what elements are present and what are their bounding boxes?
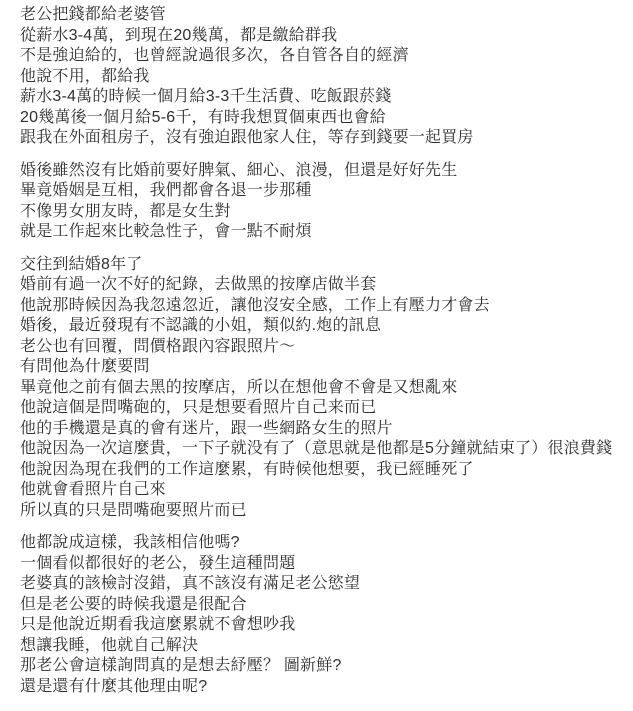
text-line: 老公把錢都給老婆管 bbox=[20, 5, 615, 26]
text-line: 他說這個是問嘴砲的，只是想要看照片自己来而已 bbox=[20, 398, 615, 419]
text-line: 跟我在外面租房子，沒有強迫跟他家人住，等存到錢要一起買房 bbox=[20, 128, 615, 149]
text-line: 有問他為什麼要問 bbox=[20, 357, 615, 378]
text-line: 他說因為現在我們的工作這麼累，有時候他想要，我已經睡死了 bbox=[20, 460, 615, 481]
text-line: 交往到結婚8年了 bbox=[20, 255, 615, 276]
text-line: 所以真的只是問嘴砲要照片而已 bbox=[20, 501, 615, 522]
text-line: 不像男女朋友時，都是女生對 bbox=[20, 202, 615, 223]
text-line: 婚前有過一次不好的紀錄，去做黑的按摩店做半套 bbox=[20, 275, 615, 296]
text-line: 老公也有回覆，問價格跟內容跟照片～ bbox=[20, 337, 615, 358]
text-line: 老婆真的該檢討沒錯，真不該沒有滿足老公慾望 bbox=[20, 574, 615, 595]
paragraph-incident: 交往到結婚8年了 婚前有過一次不好的紀錄，去做黑的按摩店做半套 他說那時候因為我… bbox=[20, 255, 615, 522]
paragraph-questions: 他都說成這樣，我該相信他嗎? 一個看似都很好的老公，發生這種問題 老婆真的該檢討… bbox=[20, 533, 615, 697]
text-line: 不是強迫給的，也曾經說過很多次，各自管各自的經濟 bbox=[20, 46, 615, 67]
text-line: 他的手機還是真的會有迷片，跟一些網路女生的照片 bbox=[20, 419, 615, 440]
paragraph-marriage: 婚後雖然沒有比婚前要好脾氣、細心、浪漫，但還是好好先生 畢竟婚姻是互相，我們都會… bbox=[20, 161, 615, 243]
text-line: 那老公會這樣詢問真的是想去紓壓？ 圖新鮮? bbox=[20, 656, 615, 677]
text-line: 他就會看照片自己來 bbox=[20, 480, 615, 501]
paragraph-finances: 老公把錢都給老婆管 從薪水3-4萬，到現在20幾萬，都是繳給群我 不是強迫給的，… bbox=[20, 5, 615, 149]
text-line: 但是老公要的時候我還是很配合 bbox=[20, 595, 615, 616]
text-line: 就是工作起來比較急性子，會一點不耐煩 bbox=[20, 222, 615, 243]
text-line: 還是還有什麼其他理由呢? bbox=[20, 677, 615, 698]
text-line: 他說不用，都給我 bbox=[20, 67, 615, 88]
text-line: 他都說成這樣，我該相信他嗎? bbox=[20, 533, 615, 554]
text-line: 婚後，最近發現有不認識的小姐，類似約.炮的訊息 bbox=[20, 316, 615, 337]
text-line: 畢竟婚姻是互相，我們都會各退一步那種 bbox=[20, 181, 615, 202]
text-line: 畢竟他之前有個去黑的按摩店，所以在想他會不會是又想亂來 bbox=[20, 378, 615, 399]
text-line: 想讓我睡，他就自己解決 bbox=[20, 636, 615, 657]
text-line: 只是他說近期看我這麼累就不會想吵我 bbox=[20, 615, 615, 636]
post-body: 老公把錢都給老婆管 從薪水3-4萬，到現在20幾萬，都是繳給群我 不是強迫給的，… bbox=[0, 0, 633, 697]
text-line: 20幾萬後一個月給5-6千，有時我想買個東西也會給 bbox=[20, 108, 615, 129]
text-line: 婚後雖然沒有比婚前要好脾氣、細心、浪漫，但還是好好先生 bbox=[20, 161, 615, 182]
text-line: 薪水3-4萬的時候一個月給3-3千生活費、吃飯跟菸錢 bbox=[20, 87, 615, 108]
text-line: 他說那時候因為我忽遠忽近，讓他沒安全感，工作上有壓力才會去 bbox=[20, 296, 615, 317]
text-line: 從薪水3-4萬，到現在20幾萬，都是繳給群我 bbox=[20, 26, 615, 47]
text-line: 一個看似都很好的老公，發生這種問題 bbox=[20, 554, 615, 575]
text-line: 他說因為一次這麼貴，一下子就没有了（意思就是他都是5分鐘就結束了）很浪費錢 bbox=[20, 439, 615, 460]
